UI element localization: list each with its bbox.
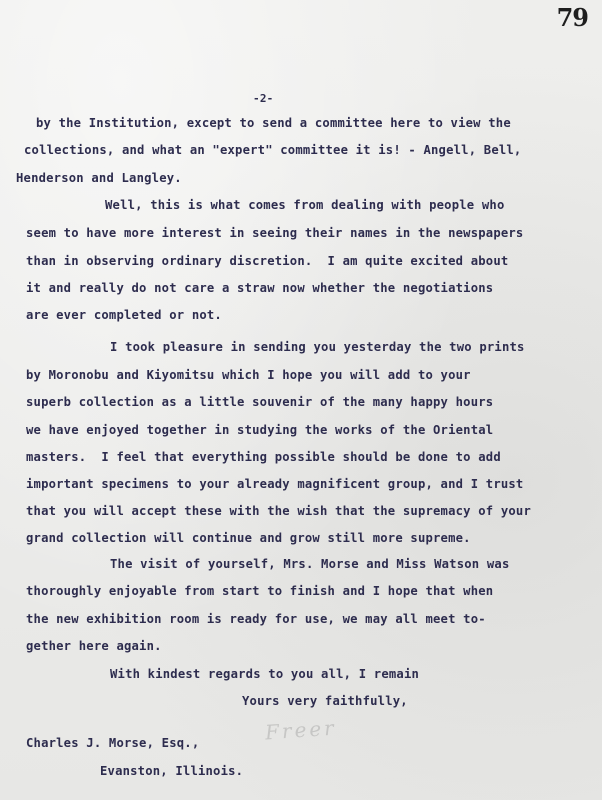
body-line: Well, this is what comes from dealing wi… <box>105 198 505 212</box>
page-number: 79 <box>557 3 588 32</box>
body-line: that you will accept these with the wish… <box>26 504 531 518</box>
document-page: 79 -2- by the Institution, except to sen… <box>0 0 602 800</box>
body-line: grand collection will continue and grow … <box>26 531 471 545</box>
body-line: it and really do not care a straw now wh… <box>26 281 493 295</box>
body-line: I took pleasure in sending you yesterday… <box>110 340 525 354</box>
signature: Freer <box>264 716 337 745</box>
page-header: -2- <box>253 92 273 105</box>
body-line: gether here again. <box>26 639 162 653</box>
body-line: the new exhibition room is ready for use… <box>26 612 486 626</box>
body-line: masters. I feel that everything possible… <box>26 450 501 464</box>
body-line: important specimens to your already magn… <box>26 477 523 491</box>
body-line: seem to have more interest in seeing the… <box>26 226 523 240</box>
body-line: by Moronobu and Kiyomitsu which I hope y… <box>26 368 471 382</box>
body-line: thoroughly enjoyable from start to finis… <box>26 584 493 598</box>
body-line: With kindest regards to you all, I remai… <box>110 667 419 681</box>
body-line: are ever completed or not. <box>26 308 222 322</box>
body-line: The visit of yourself, Mrs. Morse and Mi… <box>110 557 510 571</box>
recipient-name: Charles J. Morse, Esq., <box>26 736 199 750</box>
body-line: we have enjoyed together in studying the… <box>26 423 493 437</box>
recipient-location: Evanston, Illinois. <box>100 764 243 778</box>
body-line: collections, and what an "expert" commit… <box>24 143 521 157</box>
closing: Yours very faithfully, <box>242 694 408 708</box>
body-line: Henderson and Langley. <box>16 171 182 185</box>
body-line: than in observing ordinary discretion. I… <box>26 254 508 268</box>
body-line: by the Institution, except to send a com… <box>36 116 511 130</box>
body-line: superb collection as a little souvenir o… <box>26 395 493 409</box>
